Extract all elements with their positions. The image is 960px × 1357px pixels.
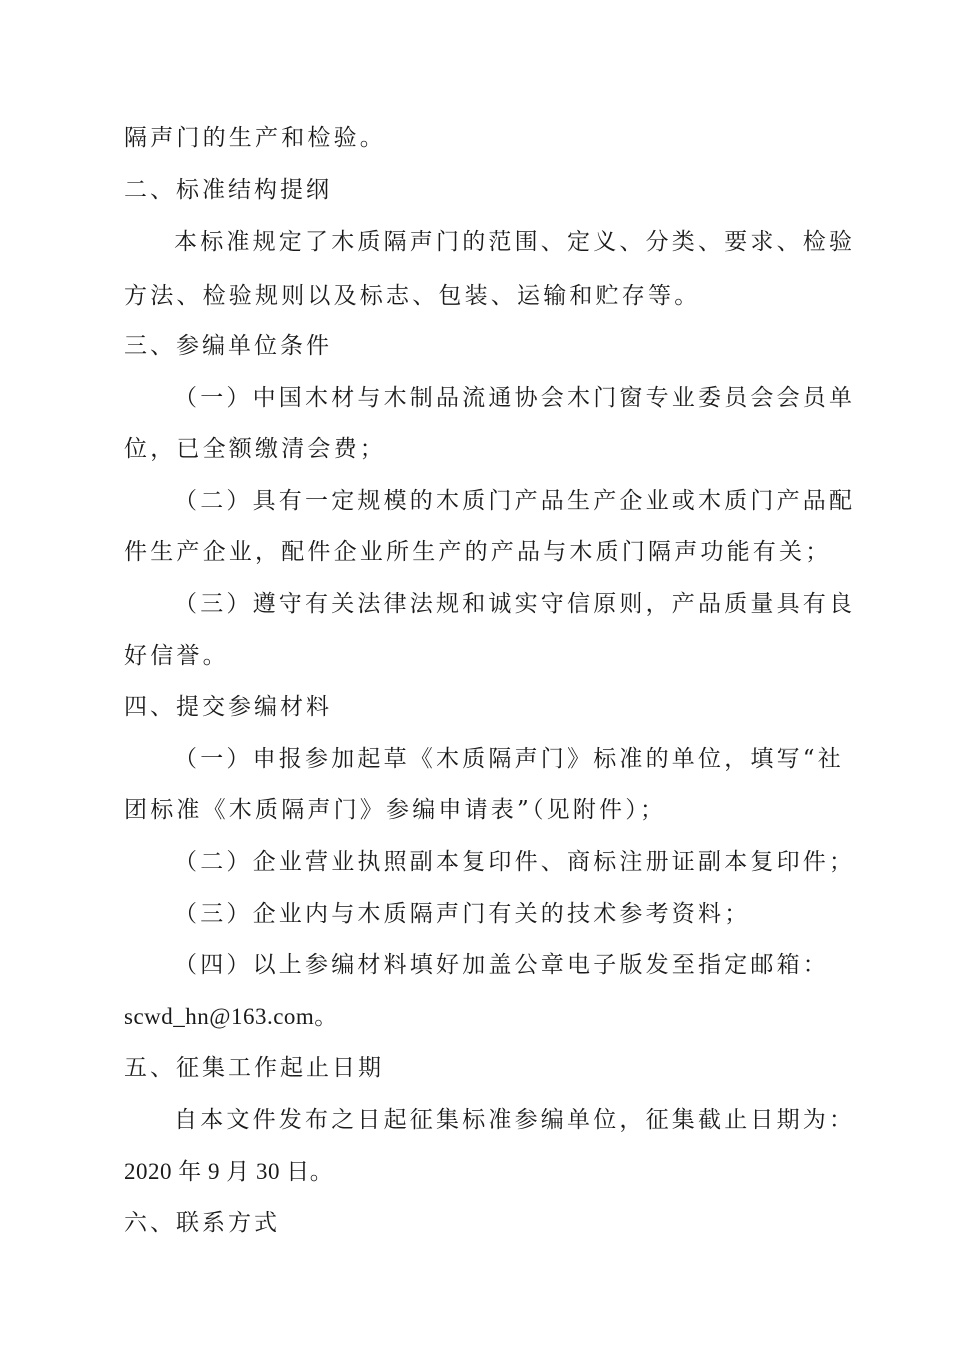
section-heading-3: 三、参编单位条件 bbox=[124, 331, 332, 361]
list-item-line: （三）企业内与木质隔声门有关的技术参考资料； bbox=[174, 899, 750, 929]
list-item-line: （二）企业营业执照副本复印件、商标注册证副本复印件； bbox=[174, 847, 855, 877]
section-heading-4: 四、提交参编材料 bbox=[124, 692, 332, 722]
email-address: scwd_hn@163.com。 bbox=[124, 1002, 338, 1032]
paragraph-line: 方法、检验规则以及标志、包装、运输和贮存等。 bbox=[124, 281, 700, 311]
section-heading-6: 六、联系方式 bbox=[124, 1208, 280, 1238]
list-item-line: （二）具有一定规模的木质门产品生产企业或木质门产品配 bbox=[174, 486, 855, 516]
list-item-line: （一）申报参加起草《木质隔声门》标准的单位，填写“社 bbox=[174, 744, 844, 774]
list-item-line: 位，已全额缴清会费； bbox=[124, 434, 386, 464]
paragraph-continuation: 隔声门的生产和检验。 bbox=[124, 123, 386, 153]
list-item-line: （一）中国木材与木制品流通协会木门窗专业委员会会员单 bbox=[174, 383, 855, 413]
list-item-line: 好信誉。 bbox=[124, 641, 229, 671]
deadline-date: 2020 年 9 月 30 日。 bbox=[124, 1157, 333, 1187]
document-page: 隔声门的生产和检验。 二、标准结构提纲 本标准规定了木质隔声门的范围、定义、分类… bbox=[0, 0, 960, 1357]
list-item-line: （四）以上参编材料填好加盖公章电子版发至指定邮箱： bbox=[174, 950, 829, 980]
paragraph-line: 本标准规定了木质隔声门的范围、定义、分类、要求、检验 bbox=[174, 227, 855, 257]
section-heading-5: 五、征集工作起止日期 bbox=[124, 1053, 384, 1083]
paragraph-line: 自本文件发布之日起征集标准参编单位，征集截止日期为： bbox=[174, 1105, 855, 1135]
list-item-line: 件生产企业，配件企业所生产的产品与木质门隔声功能有关； bbox=[124, 537, 831, 567]
list-item-line: （三）遵守有关法律法规和诚实守信原则，产品质量具有良 bbox=[174, 589, 855, 619]
section-heading-2: 二、标准结构提纲 bbox=[124, 175, 332, 205]
list-item-line: 团标准《木质隔声门》参编申请表”（见附件）； bbox=[124, 795, 666, 825]
